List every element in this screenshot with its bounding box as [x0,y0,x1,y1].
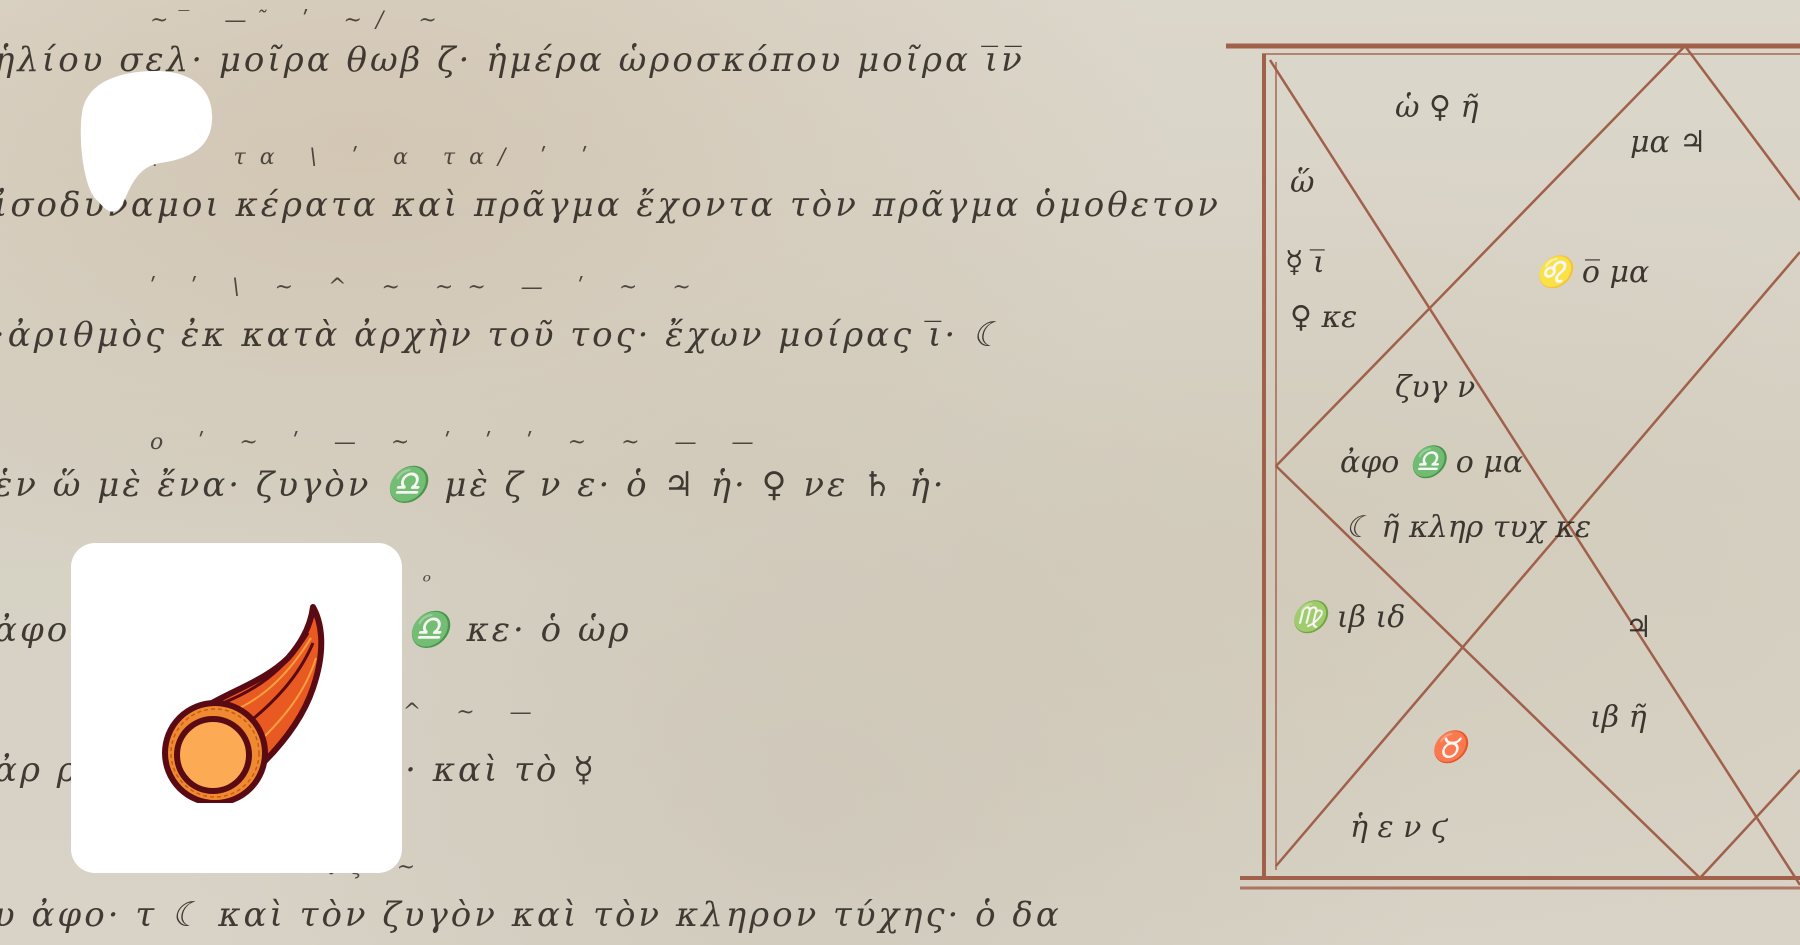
chart-label: ♌ ο̅ μα [1535,255,1649,290]
manuscript-marks: ʹ ʹ \ ~ ^ ~ ~~ — ʹ ~ ~ [150,275,705,300]
manuscript-marks: ο ʹ ~ ʹ — ~ ʹ ʹ ʹ ~ ~ — — [150,430,768,455]
chart-label: ὡ ♀ ῆ [1395,90,1478,125]
comet-icon [153,603,333,803]
white-blob-logo [78,71,214,217]
manuscript-marks: ~ ̅ — ̃ ʹ ~/ ~ [150,8,451,33]
chart-label: ☿ ι̅ [1285,245,1325,280]
chart-label: ιβ ῆ [1590,700,1647,735]
manuscript-line: ·ἀριθμὸς ἐκ κατὰ ἀρχὴν τοῦ τος· ἔχων μοί… [0,315,1005,355]
site-icon-box [71,543,402,873]
chart-label: ♃ [1625,610,1652,645]
chart-label: μα ♃ [1630,125,1706,160]
chart-label: ♉ [1430,730,1467,765]
chart-label: ♀ κε [1290,300,1357,335]
chart-label: ζυγ ν [1395,370,1475,405]
chart-label: ἡ ε ν ϛ [1350,810,1448,845]
manuscript-line: ἑν ὥ μὲ ἔνα· ζυγὸν ♎ μὲ ζ ν ε· ὁ ♃ ἡ· ♀ … [0,465,947,505]
manuscript-line: υ ἀφο· τ ☾ καὶ τὸν ζυγὸν καὶ τὸν κληρον … [0,895,1062,935]
chart-label: ☾ ῆ κληρ τυχ κε [1345,510,1591,545]
manuscript-marks: \ ʹ τα \ ʹ α τα/ ʹ ʹ [150,145,602,170]
chart-label: ἀφο ♎ ο μα [1340,445,1523,480]
chart-label: ὥ [1290,165,1314,200]
chart-label: ♍ ιβ ιδ [1290,600,1405,635]
